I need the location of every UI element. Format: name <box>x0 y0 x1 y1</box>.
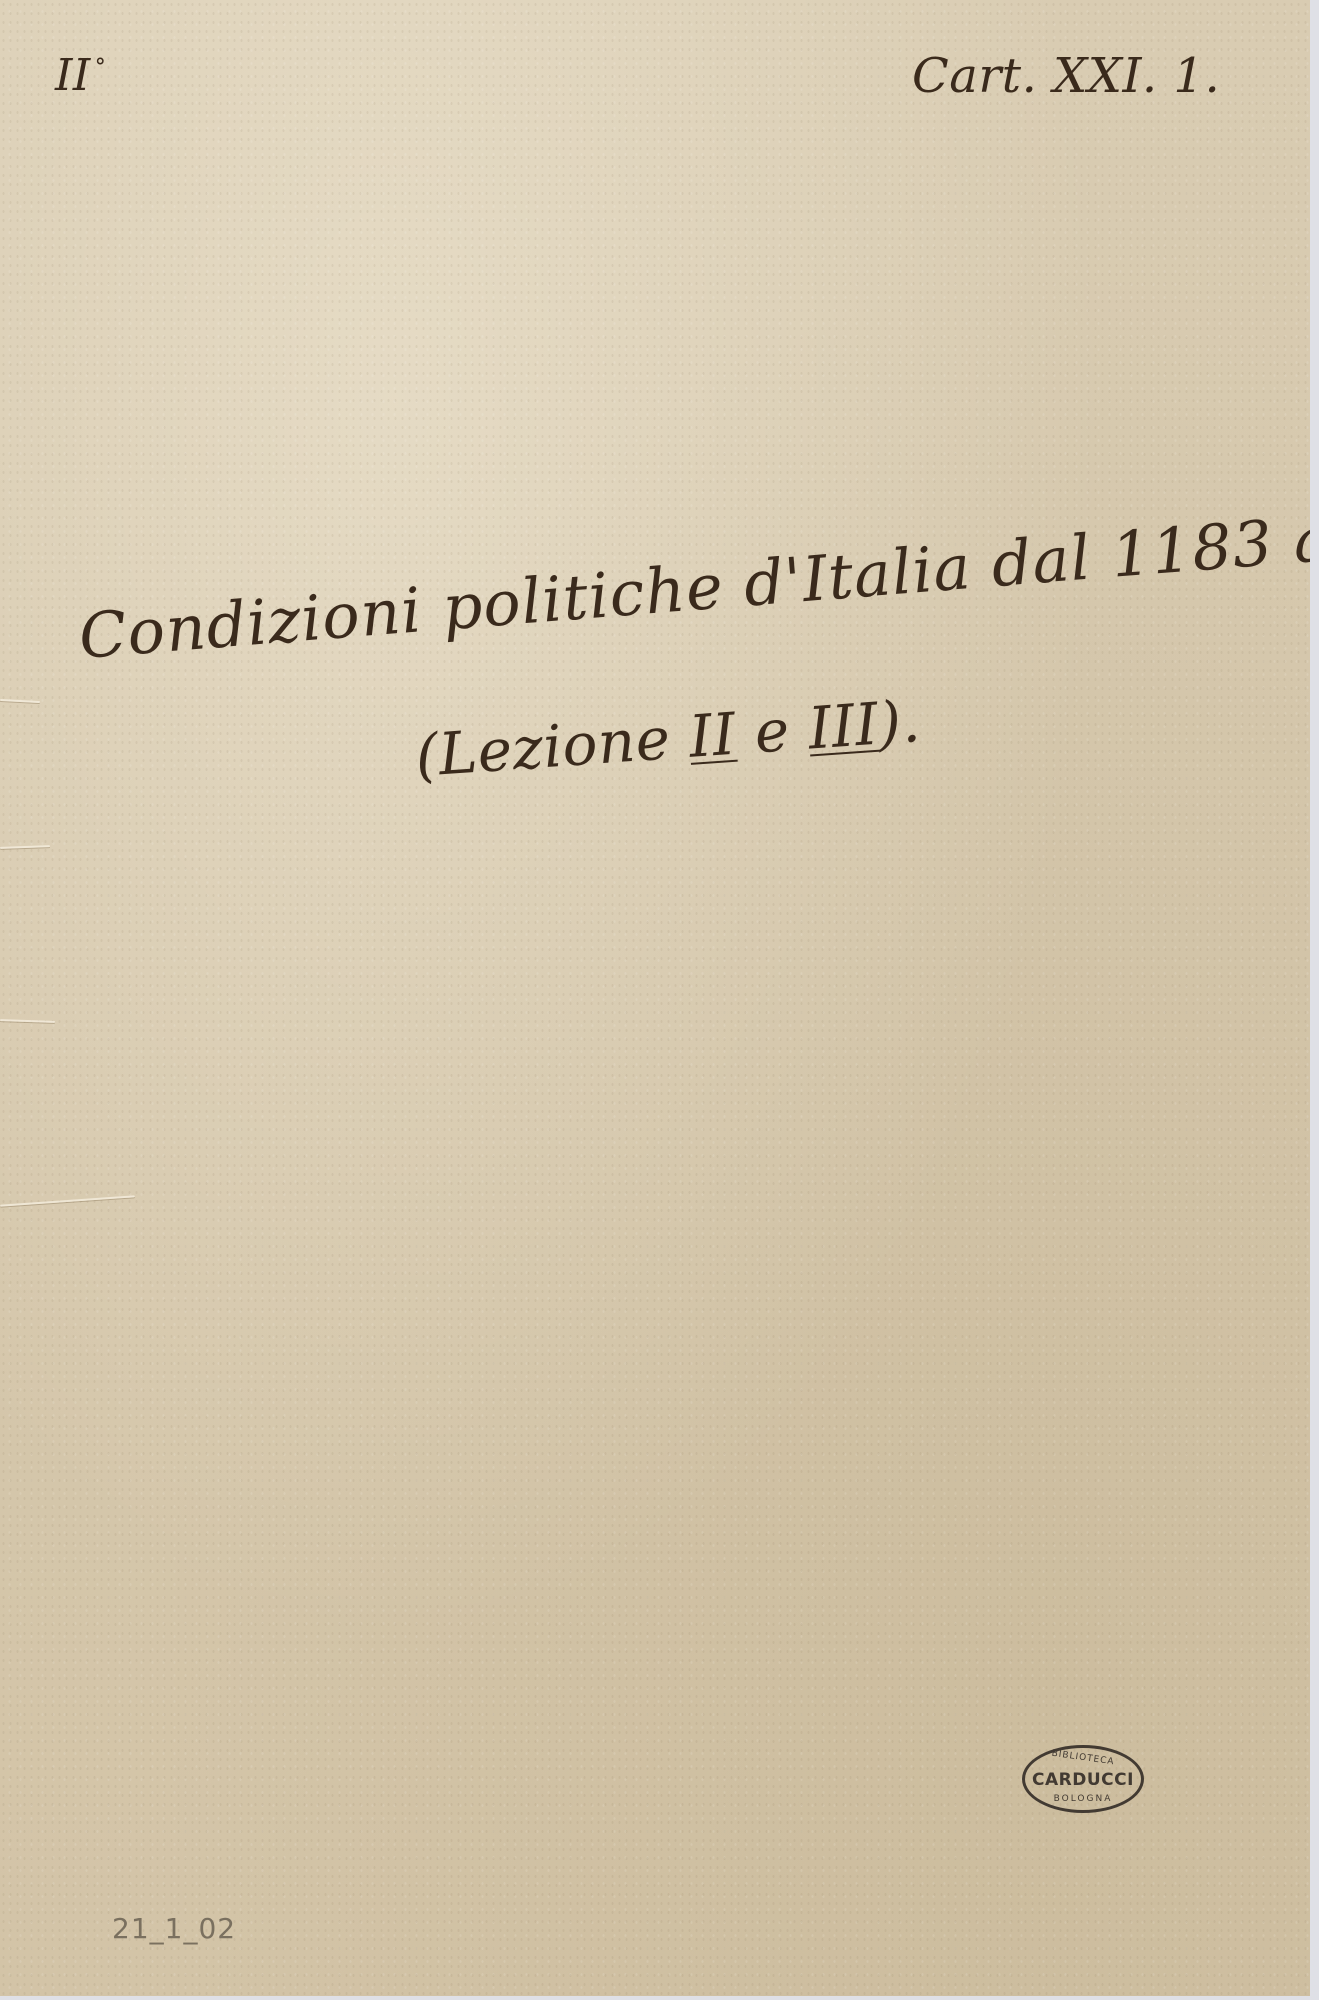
pencil-shelfmark: 21_1_02 <box>112 1912 236 1945</box>
document-title: Condizioni politiche d'Italia dal 1183 a… <box>76 484 1310 673</box>
paper-tear <box>0 845 50 849</box>
subtitle-prefix: (Lezione <box>413 703 691 790</box>
paper-tear <box>0 1019 55 1023</box>
subtitle-conjunction: e <box>733 695 810 768</box>
manuscript-page: II° Cart. XXI. 1. Condizioni politiche d… <box>0 0 1310 1996</box>
paper-tear <box>0 1195 135 1206</box>
paper-tear <box>0 699 40 703</box>
section-numeral: II° <box>55 50 106 101</box>
library-stamp: BIBLIOTECA CARDUCCI BOLOGNA <box>1022 1745 1144 1813</box>
stamp-middle-text: CARDUCCI <box>1025 1770 1141 1790</box>
stamp-bottom-text: BOLOGNA <box>1025 1794 1141 1804</box>
subtitle-numeral-2: III <box>806 690 881 763</box>
section-numeral-text: II <box>55 50 91 101</box>
catalog-mark: Cart. XXI. 1. <box>912 48 1220 104</box>
subtitle-numeral-1: II <box>687 700 738 771</box>
section-superscript: ° <box>95 55 107 80</box>
stamp-top-text: BIBLIOTECA <box>1025 1745 1141 1771</box>
subtitle-suffix: ). <box>876 687 923 758</box>
document-subtitle: (Lezione II e III). <box>413 687 922 790</box>
